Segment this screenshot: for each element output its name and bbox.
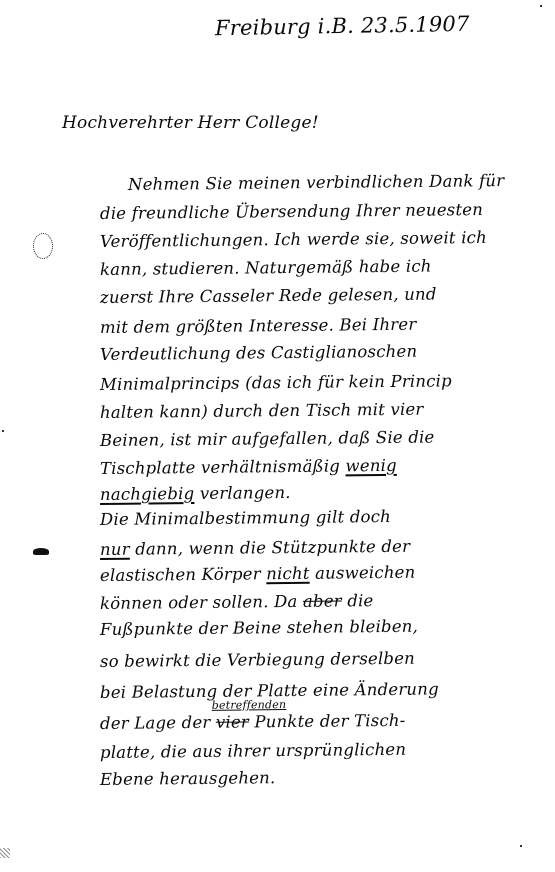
letter-line: Nehmen Sie meinen verbindlichen Dank für — [128, 171, 504, 194]
underlined-word: wenig — [345, 456, 397, 476]
inserted-word: betreffenden — [212, 698, 287, 712]
struck-word: vier — [216, 712, 249, 731]
binder-hole-mark — [33, 233, 53, 259]
letter-line: Ebene herausgehen. — [100, 768, 276, 789]
letter-line: mit dem größten Interesse. Bei Ihrer — [100, 315, 417, 337]
correction: aber — [303, 591, 342, 610]
letter-line: Minimalprincips (das ich für kein Princi… — [100, 371, 452, 394]
line-text: zuerst Ihre Casseler Rede gelesen, und — [100, 284, 437, 307]
line-text: Die Minimalbestimmung gilt doch — [100, 507, 391, 529]
line-text: die — [342, 591, 374, 610]
salutation: Hochverehrter Herr College! — [62, 113, 319, 133]
letter-line: halten kann) durch den Tisch mit vier — [100, 400, 424, 422]
line-text: Nehmen Sie meinen verbindlichen Dank für — [128, 171, 504, 194]
letter-line: Beinen, ist mir aufgefallen, daß Sie die — [100, 427, 435, 450]
scan-noise — [0, 848, 10, 858]
line-text: Minimalprincips (das ich für kein Princi… — [100, 371, 452, 394]
line-text: Tischplatte verhältnismäßig — [100, 456, 346, 478]
letter-page: Freiburg i.B. 23.5.1907 Hochverehrter He… — [0, 0, 555, 872]
line-text: kann, studieren. Naturgemäß habe ich — [100, 257, 432, 279]
line-text: Fußpunkte der Beine stehen bleiben, — [100, 617, 418, 639]
letter-line: platte, die aus ihrer ursprünglichen — [100, 740, 406, 762]
letter-line: die freundliche Übersendung Ihrer neuest… — [100, 200, 483, 223]
line-text: können oder sollen. Da — [100, 592, 303, 613]
line-text: Veröffentlichungen. Ich werde sie, sowei… — [100, 228, 487, 251]
line-text: mit dem größten Interesse. Bei Ihrer — [100, 315, 417, 337]
letter-line: Fußpunkte der Beine stehen bleiben, — [100, 617, 418, 639]
line-text: so bewirkt die Verbiegung derselben — [100, 649, 415, 671]
dateline: Freiburg i.B. 23.5.1907 — [215, 12, 470, 40]
line-text: Verdeutlichung des Castiglianoschen — [100, 342, 417, 364]
letter-line: Die Minimalbestimmung gilt doch — [100, 507, 391, 529]
letter-line: zuerst Ihre Casseler Rede gelesen, und — [100, 284, 437, 307]
letter-line: Verdeutlichung des Castiglianoschen — [100, 342, 417, 364]
line-text: platte, die aus ihrer ursprünglichen — [100, 740, 406, 762]
letter-line: elastischen Körper nicht ausweichen — [100, 563, 416, 585]
struck-word: aber — [303, 591, 342, 610]
letter-line: Veröffentlichungen. Ich werde sie, sowei… — [100, 228, 487, 251]
letter-line: Tischplatte verhältnismäßig wenig — [100, 456, 397, 478]
underlined-word: nicht — [266, 564, 310, 583]
line-text: ausweichen — [309, 563, 415, 583]
letter-line: der Lage der vierbetreffenden Punkte der… — [100, 711, 406, 733]
ink-blot — [33, 548, 49, 555]
letter-line: kann, studieren. Naturgemäß habe ich — [100, 257, 432, 279]
line-text: dann, wenn die Stützpunkte der — [130, 537, 411, 559]
scan-speck — [520, 845, 522, 847]
underlined-word: nachgiebig — [100, 484, 195, 504]
letter-line: so bewirkt die Verbiegung derselben — [100, 649, 415, 671]
line-text: halten kann) durch den Tisch mit vier — [100, 400, 424, 422]
scan-speck — [540, 5, 542, 7]
scan-speck — [2, 430, 4, 432]
line-text: die freundliche Übersendung Ihrer neuest… — [100, 200, 483, 223]
letter-line: nachgiebig verlangen. — [100, 483, 291, 504]
underlined-word: nur — [100, 540, 130, 559]
correction: vierbetreffenden — [216, 712, 249, 731]
line-text: der Lage der — [100, 713, 216, 733]
line-text: verlangen. — [194, 483, 291, 503]
line-text: Beinen, ist mir aufgefallen, daß Sie die — [100, 427, 435, 450]
line-text: Ebene herausgehen. — [100, 768, 276, 789]
letter-line: können oder sollen. Da aber die — [100, 591, 374, 613]
letter-line: nur dann, wenn die Stützpunkte der — [100, 537, 410, 559]
line-text: elastischen Körper — [100, 564, 266, 585]
line-text: Punkte der Tisch- — [249, 711, 406, 732]
